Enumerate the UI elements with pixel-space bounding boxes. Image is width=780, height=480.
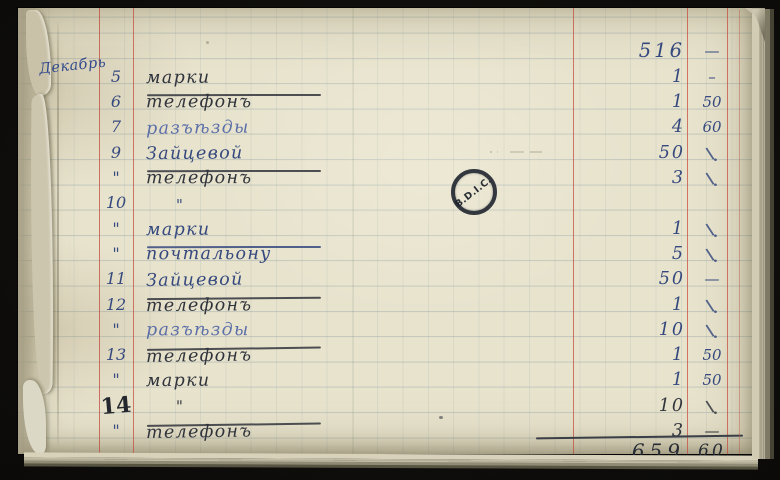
date-cell: " [98, 317, 134, 343]
notebook-page: Декабрь 516 — 5 марки 1 – 6 телефонъ 1 5… [18, 8, 752, 454]
ledger-row: 12 телефонъ 1 — [18, 292, 752, 318]
pencil-smudge [490, 148, 548, 157]
bdic-stamp: B.D.I.C. [451, 169, 497, 215]
underlying-page-redline [739, 10, 740, 454]
entry-cell [146, 36, 426, 40]
entry-cell: телефонъ [146, 89, 426, 115]
ink-dot [439, 416, 443, 419]
rubles-cell: 5 [593, 241, 685, 267]
entry-cell: почтальону [146, 241, 426, 267]
date-cell: 12 [98, 292, 134, 318]
entry-cell: Зайцевой [146, 264, 426, 294]
rubles-cell: 10 [593, 393, 685, 419]
kopecks-cell: 50 [692, 342, 732, 368]
date-cell: 14 [97, 391, 135, 420]
entry-cell: Зайцевой [146, 138, 426, 166]
ledger-row: 11 Зайцевой 50 — [18, 266, 752, 292]
ledger-row: 14 " 10 — [18, 393, 752, 419]
ledger-row: " марки 1 — [18, 216, 752, 242]
entry-cell: " [176, 393, 456, 419]
ledger-row: 6 телефонъ 1 50 [18, 89, 752, 115]
ledger-row: 13 телефонъ 1 50 [18, 342, 752, 368]
rubles-cell: 1 [593, 292, 685, 318]
date-cell: 11 [98, 266, 134, 292]
rubles-cell: 50 [593, 266, 685, 292]
kopecks-cell: 50 [692, 89, 732, 115]
stamp-label: B.D.I.C. [454, 174, 495, 209]
kopecks-cell: — [692, 38, 732, 64]
rubles-cell: 50 [593, 140, 685, 166]
entry-cell: телефонъ [146, 290, 426, 318]
scanned-ledger-screenshot: Декабрь 516 — 5 марки 1 – 6 телефонъ 1 5… [0, 0, 780, 480]
ledger-row: 7 разъѣзды 4 60 [18, 114, 752, 140]
ledger-row: " марки 1 50 [18, 367, 752, 393]
entry-cell: марки [146, 63, 426, 91]
rubles-cell: 1 [593, 64, 685, 90]
rubles-cell: 1 [593, 367, 685, 393]
ink-dot [206, 41, 209, 44]
date-cell: 13 [98, 342, 134, 368]
kopecks-cell: – [692, 64, 732, 90]
entry-cell: телефонъ [146, 165, 426, 191]
rubles-cell: 10 [593, 317, 685, 343]
rubles-cell: 1 [593, 342, 685, 368]
ledger-row: 10 " [18, 190, 752, 216]
date-cell: " [98, 367, 134, 393]
date-cell: " [98, 216, 134, 242]
date-cell: 9 [98, 140, 134, 166]
entry-cell: марки [146, 366, 426, 394]
date-cell: 7 [98, 114, 134, 140]
date-cell: 10 [98, 190, 134, 216]
entry-cell: марки [146, 214, 426, 242]
ledger-row: 5 марки 1 – [18, 64, 752, 90]
entry-cell: разъѣзды [146, 317, 426, 343]
date-cell: 6 [98, 89, 134, 115]
rubles-cell: 1 [593, 89, 685, 115]
rubles-cell: 516 [593, 38, 685, 64]
ledger-row: 9 Зайцевой 50 — [18, 140, 752, 166]
rubles-cell: 3 [593, 165, 685, 191]
page-stack-right [752, 9, 759, 459]
rubles-cell: 4 [593, 114, 685, 140]
entry-cell: разъѣзды [146, 112, 426, 142]
entry-cell: " [176, 188, 456, 218]
page-stack-right [770, 9, 774, 459]
ledger-row: " почтальону 5 — [18, 241, 752, 267]
ledger-row: " разъѣзды 10 — [18, 317, 752, 343]
date-cell: " [98, 241, 134, 267]
rubles-cell: 1 [593, 216, 685, 242]
ledger-row: " телефонъ 3 — [18, 165, 752, 191]
date-cell: " [98, 165, 134, 191]
ledger-row: 516 — [18, 38, 752, 64]
